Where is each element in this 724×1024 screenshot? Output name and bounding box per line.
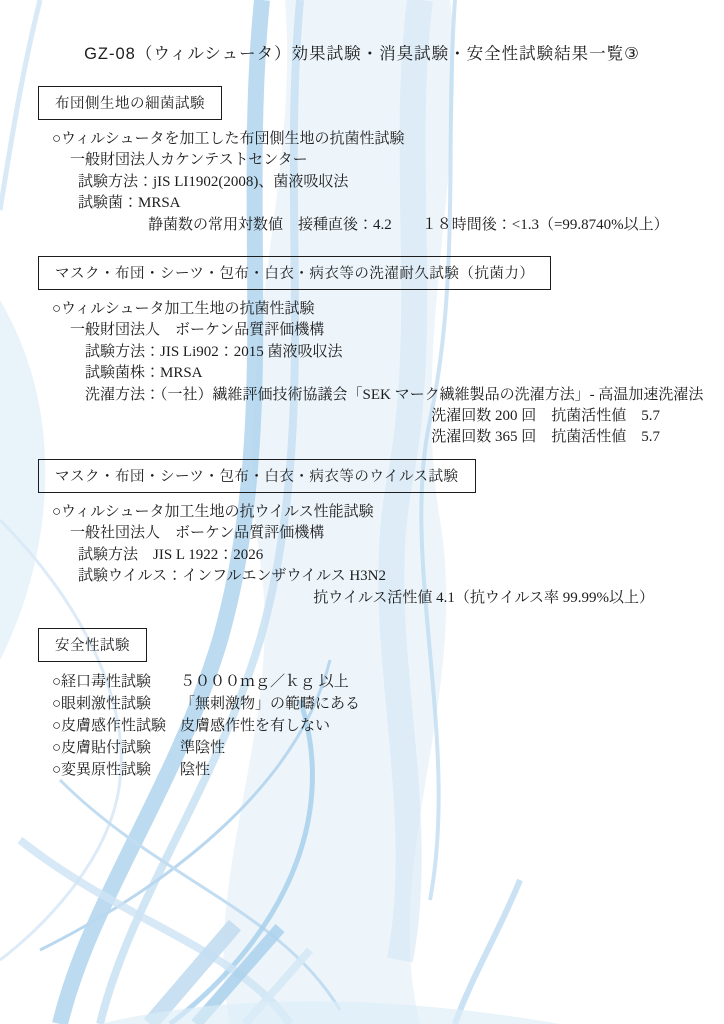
section-heading: マスク・布団・シーツ・包布・白衣・病衣等のウイルス試験 [38, 459, 476, 493]
test-lab-line: 一般財団法人カケンテストセンター [38, 150, 678, 171]
section-safety-test: 安全性試験 ○経口毒性試験 ５０００ｍｇ／ｋｇ 以上 ○眼刺激性試験 「無刺激物… [38, 628, 678, 781]
section-heading: マスク・布団・シーツ・包布・白衣・病衣等の洗濯耐久試験（抗菌力） [38, 256, 551, 290]
safety-test-result: 陰性 [180, 759, 678, 781]
test-title-line: ○ウィルシュータ加工生地の抗菌性試験 [38, 299, 678, 320]
test-result-line: 静菌数の常用対数値 接種直後：4.2 １８時間後：<1.3（=99.8740%以… [38, 215, 678, 236]
safety-test-row: ○変異原性試験 陰性 [38, 759, 678, 781]
safety-test-name: ○眼刺激性試験 [38, 693, 180, 715]
test-lab-line: 一般社団法人 ボーケン品質評価機構 [38, 523, 678, 544]
document-page: GZ-08（ウィルシュータ）効果試験・消臭試験・安全性試験結果一覧③ 布団側生地… [0, 0, 724, 1024]
washing-method-line: 洗濯方法：（一社）繊維評価技術協議会「SEK マーク繊維製品の洗濯方法」- 高温… [38, 385, 678, 406]
test-title-line: ○ウィルシュータ加工生地の抗ウイルス性能試験 [38, 502, 678, 523]
test-method-line: 試験方法：jIS LI1902(2008)、菌液吸収法 [38, 172, 678, 193]
page-title: GZ-08（ウィルシュータ）効果試験・消臭試験・安全性試験結果一覧③ [0, 40, 724, 64]
section-virus-test: マスク・布団・シーツ・包布・白衣・病衣等のウイルス試験 ○ウィルシュータ加工生地… [38, 459, 678, 609]
test-title-line: ○ウィルシュータを加工した布団側生地の抗菌性試験 [38, 129, 678, 150]
test-result-line: 洗濯回数 200 回 抗菌活性値 5.7 [38, 406, 678, 427]
section-body: ○経口毒性試験 ５０００ｍｇ／ｋｇ 以上 ○眼刺激性試験 「無刺激物」の範疇にあ… [38, 671, 678, 781]
section-body: ○ウィルシュータ加工生地の抗ウイルス性能試験 一般社団法人 ボーケン品質評価機構… [38, 502, 678, 609]
safety-test-name: ○変異原性試験 [38, 759, 180, 781]
section-heading: 布団側生地の細菌試験 [38, 86, 222, 120]
test-germ-line: 試験菌：MRSA [38, 193, 678, 214]
test-germ-line: 試験菌株：MRSA [38, 363, 678, 384]
safety-test-result: 皮膚感作性を有しない [180, 715, 678, 737]
section-laundry-durability-test: マスク・布団・シーツ・包布・白衣・病衣等の洗濯耐久試験（抗菌力） ○ウィルシュー… [38, 256, 678, 449]
safety-test-name: ○皮膚貼付試験 [38, 737, 180, 759]
safety-test-result: 「無刺激物」の範疇にある [180, 693, 678, 715]
section-futon-fabric-bacteria-test: 布団側生地の細菌試験 ○ウィルシュータを加工した布団側生地の抗菌性試験 一般財団… [38, 86, 678, 236]
test-virus-line: 試験ウイルス：インフルエンザウイルス H3N2 [38, 566, 678, 587]
section-heading: 安全性試験 [38, 628, 147, 662]
safety-test-name: ○経口毒性試験 [38, 671, 180, 693]
safety-test-row: ○皮膚感作性試験 皮膚感作性を有しない [38, 715, 678, 737]
test-result-line: 洗濯回数 365 回 抗菌活性値 5.7 [38, 427, 678, 448]
section-body: ○ウィルシュータ加工生地の抗菌性試験 一般財団法人 ボーケン品質評価機構 試験方… [38, 299, 678, 449]
section-body: ○ウィルシュータを加工した布団側生地の抗菌性試験 一般財団法人カケンテストセンタ… [38, 129, 678, 236]
test-method-line: 試験方法：JIS Li902：2015 菌液吸収法 [38, 342, 678, 363]
safety-test-name: ○皮膚感作性試験 [38, 715, 180, 737]
safety-test-result: 準陰性 [180, 737, 678, 759]
safety-test-result: ５０００ｍｇ／ｋｇ 以上 [180, 671, 678, 693]
safety-test-row: ○経口毒性試験 ５０００ｍｇ／ｋｇ 以上 [38, 671, 678, 693]
safety-test-row: ○皮膚貼付試験 準陰性 [38, 737, 678, 759]
test-lab-line: 一般財団法人 ボーケン品質評価機構 [38, 320, 678, 341]
test-result-line: 抗ウイルス活性値 4.1（抗ウイルス率 99.99%以上） [38, 588, 678, 609]
test-method-line: 試験方法 JIS L 1922：2026 [38, 545, 678, 566]
safety-test-row: ○眼刺激性試験 「無刺激物」の範疇にある [38, 693, 678, 715]
